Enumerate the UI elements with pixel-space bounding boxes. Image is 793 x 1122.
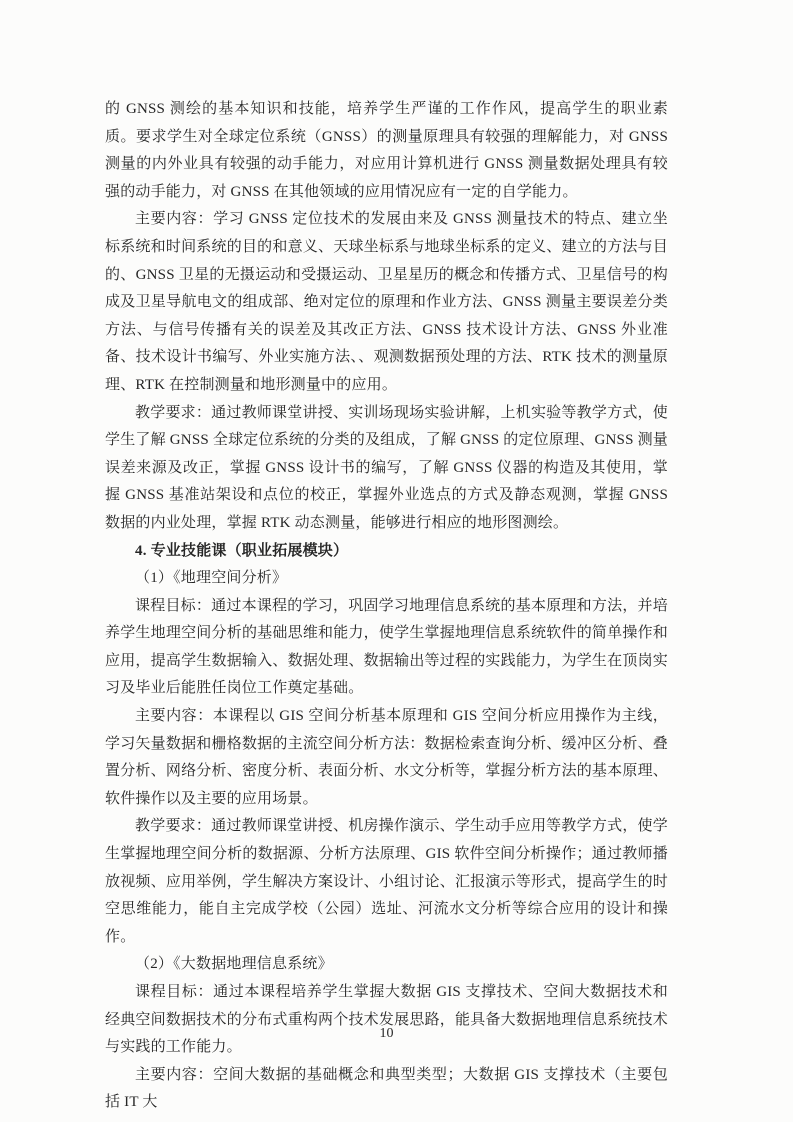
- paragraph-geospatial-course-goal: 课程目标：通过本课程的学习，巩固学习地理信息系统的基本原理和方法，并培养学生地理…: [105, 593, 668, 703]
- heading-professional-skills-course: 4. 专业技能课（职业拓展模块）: [105, 538, 668, 566]
- paragraph-geospatial-teaching-requirements: 教学要求：通过教师课堂讲授、机房操作演示、学生动手应用等教学方式，使学生掌握地理…: [105, 813, 668, 951]
- subheading-geospatial-analysis: （1）《地理空间分析》: [105, 565, 668, 593]
- subheading-bigdata-gis: （2）《大数据地理信息系统》: [105, 951, 668, 979]
- document-page: 的 GNSS 测绘的基本知识和技能，培养学生严谨的工作作风，提高学生的职业素质。…: [0, 0, 793, 1122]
- page-number: 10: [105, 1026, 668, 1042]
- paragraph-gnss-main-content: 主要内容：学习 GNSS 定位技术的发展由来及 GNSS 测量技术的特点、建立坐…: [105, 206, 668, 399]
- paragraph-gnss-course-goal-continuation: 的 GNSS 测绘的基本知识和技能，培养学生严谨的工作作风，提高学生的职业素质。…: [105, 96, 668, 206]
- paragraph-geospatial-main-content: 主要内容：本课程以 GIS 空间分析基本原理和 GIS 空间分析应用操作为主线，…: [105, 703, 668, 813]
- paragraph-bigdata-course-goal: 课程目标：通过本课程培养学生掌握大数据 GIS 支撑技术、空间大数据技术和经典空…: [105, 979, 668, 1062]
- paragraph-bigdata-main-content: 主要内容：空间大数据的基础概念和典型类型；大数据 GIS 支撑技术（主要包括 I…: [105, 1062, 668, 1117]
- paragraph-gnss-teaching-requirements: 教学要求：通过教师课堂讲授、实训场现场实验讲解，上机实验等教学方式，使学生了解 …: [105, 400, 668, 538]
- page-content: 的 GNSS 测绘的基本知识和技能，培养学生严谨的工作作风，提高学生的职业素质。…: [105, 96, 668, 1117]
